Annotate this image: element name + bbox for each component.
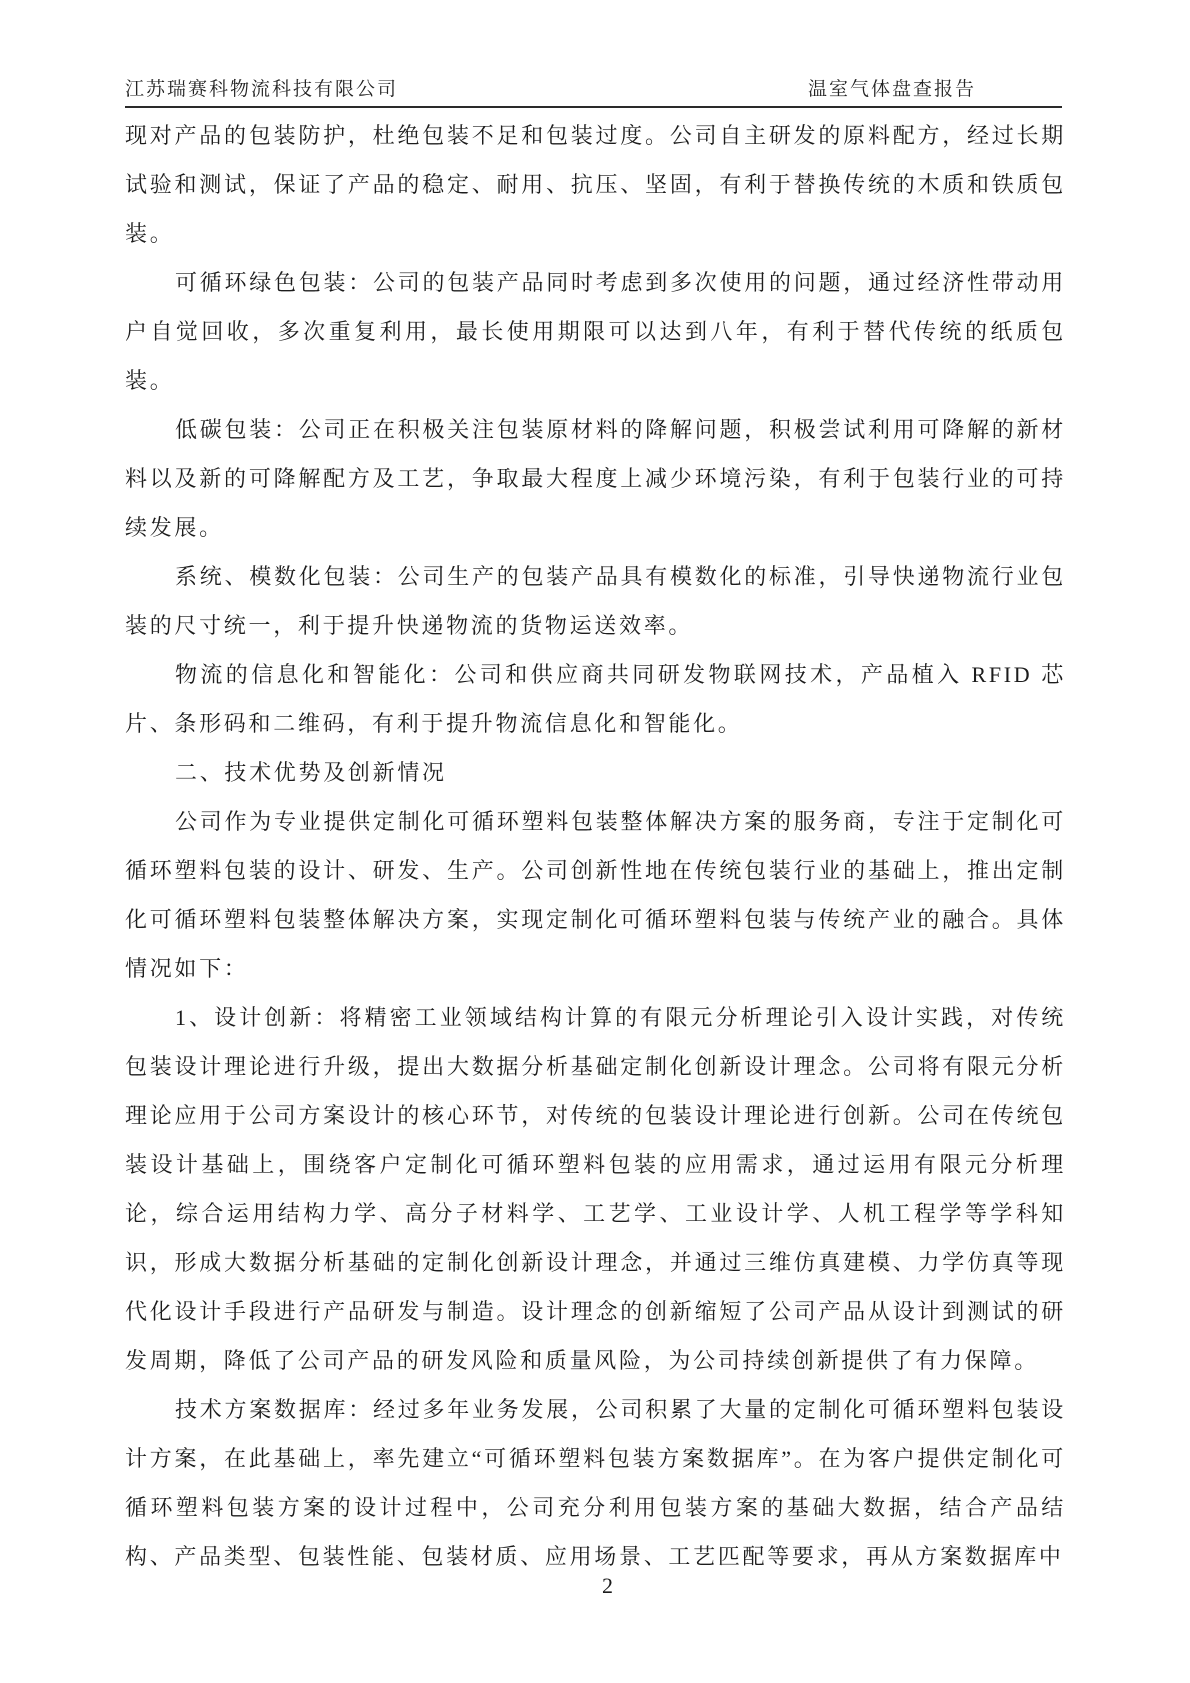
paragraph-packaging-protection: 现对产品的包装防护，杜绝包装不足和包装过度。公司自主研发的原料配方，经过长期试验… [125,111,1066,258]
header-divider [125,106,1062,108]
header-report-title: 温室气体盘查报告 [808,74,976,101]
paragraph-tech-solution-database: 技术方案数据库：经过多年业务发展，公司积累了大量的定制化可循环塑料包装设计方案，… [125,1385,1066,1581]
paragraph-recyclable-green-packaging: 可循环绿色包装：公司的包装产品同时考虑到多次使用的问题，通过经济性带动用户自觉回… [125,258,1066,405]
paragraph-low-carbon-packaging: 低碳包装：公司正在积极关注包装原材料的降解问题，积极尝试利用可降解的新材料以及新… [125,405,1066,552]
header-company-name: 江苏瑞赛科物流科技有限公司 [125,74,398,101]
document-body: 现对产品的包装防护，杜绝包装不足和包装过度。公司自主研发的原料配方，经过长期试验… [125,111,1066,1581]
page-number: 2 [602,1573,613,1598]
page-footer: 2 [125,1573,1090,1599]
paragraph-company-overview: 公司作为专业提供定制化可循环塑料包装整体解决方案的服务商，专注于定制化可循环塑料… [125,797,1066,993]
section-heading-tech-advantages: 二、技术优势及创新情况 [125,748,1066,797]
document-page: 江苏瑞赛科物流科技有限公司 温室气体盘查报告 现对产品的包装防护，杜绝包装不足和… [0,0,1190,1683]
paragraph-design-innovation: 1、设计创新：将精密工业领域结构计算的有限元分析理论引入设计实践，对传统包装设计… [125,993,1066,1385]
paragraph-logistics-informatization: 物流的信息化和智能化：公司和供应商共同研发物联网技术，产品植入 RFID 芯片、… [125,650,1066,748]
page-header: 江苏瑞赛科物流科技有限公司 温室气体盘查报告 [125,74,1068,101]
paragraph-modular-packaging: 系统、模数化包装：公司生产的包装产品具有模数化的标准，引导快递物流行业包装的尺寸… [125,552,1066,650]
